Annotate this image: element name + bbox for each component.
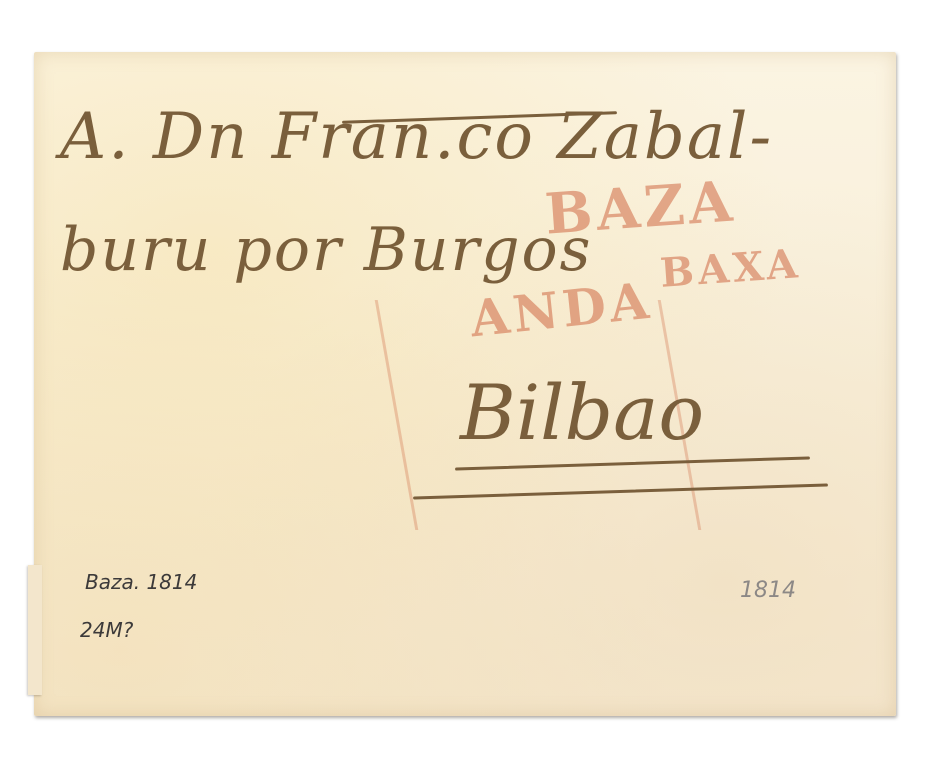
letter-fold-edge [28,565,42,695]
address-line-1: A. Dn Fran.co Zabal- [60,100,773,174]
postmark-bottom-line: BAXA [659,240,803,297]
pencil-note-origin: Baza. 1814 [85,570,197,594]
pencil-note-rate: 24M? [80,618,133,642]
address-line-2: buru por Burgos [60,215,592,285]
pencil-note-year: 1814 [740,578,796,603]
address-city: Bilbao [460,368,704,457]
